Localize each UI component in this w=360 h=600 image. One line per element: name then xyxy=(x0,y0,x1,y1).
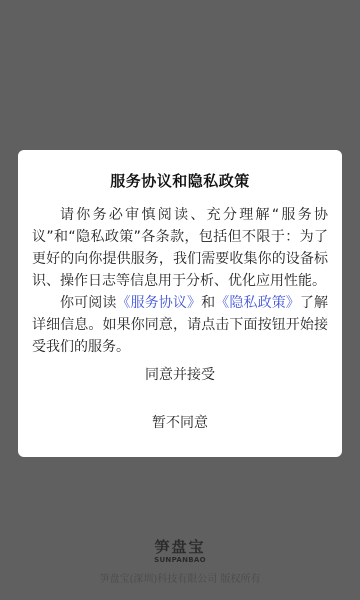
agree-button[interactable]: 同意并接受 xyxy=(18,360,342,390)
copyright-text: 笋盘宝(深圳)科技有限公司 版权所有 xyxy=(0,570,360,585)
disagree-button[interactable]: 暂不同意 xyxy=(18,408,342,438)
privacy-policy-link[interactable]: 《隐私政策》 xyxy=(215,295,300,311)
brand-logo-en: SUNPANBAO xyxy=(0,556,360,564)
dialog-paragraph-2: 你可阅读《服务协议》和《隐私政策》了解详细信息。如果你同意，请点击下面按钮开始接… xyxy=(32,292,328,358)
paragraph-prefix: 你可阅读 xyxy=(60,295,116,311)
privacy-dialog: 服务协议和隐私政策 请你务必审慎阅读、充分理解“服务协议”和“隐私政策”各条款，… xyxy=(18,150,342,457)
paragraph-middle: 和 xyxy=(201,295,215,311)
dialog-body: 请你务必审慎阅读、充分理解“服务协议”和“隐私政策”各条款，包括但不限于：为了更… xyxy=(32,204,328,358)
dialog-title: 服务协议和隐私政策 xyxy=(18,170,342,191)
service-agreement-link[interactable]: 《服务协议》 xyxy=(116,295,201,311)
dialog-paragraph-1: 请你务必审慎阅读、充分理解“服务协议”和“隐私政策”各条款，包括但不限于：为了更… xyxy=(32,204,328,292)
brand-logo: 笋盘宝 xyxy=(0,536,360,557)
